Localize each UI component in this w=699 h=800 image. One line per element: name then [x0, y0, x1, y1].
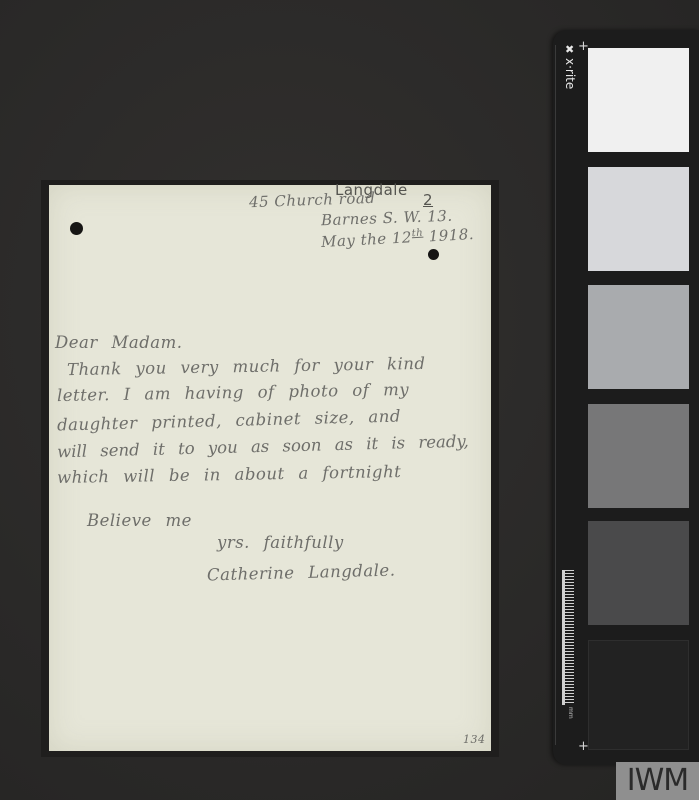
xrite-logo-icon: ✖ [565, 44, 576, 55]
iwm-watermark: IWM [616, 762, 699, 800]
swatch-dark-gray [588, 521, 689, 625]
letter-sheet: Langdale 2 45 Church road Barnes S. W. 1… [49, 185, 491, 751]
salutation: Dear Madam. [55, 333, 183, 352]
date-year: 1918. [428, 225, 474, 245]
letter-date: May the 12th 1918. [321, 225, 475, 251]
swatch-white [588, 48, 689, 152]
address-line-1: 45 Church road [249, 189, 376, 211]
date-ordinal: th [411, 228, 423, 240]
address-line-2: Barnes S. W. 13. [321, 207, 453, 230]
body-line-1: Thank you very much for your kind [67, 354, 426, 379]
valediction: yrs. faithfully [217, 533, 344, 552]
checker-brand: x·rite [563, 58, 577, 89]
measurement-ruler [562, 570, 574, 705]
swatch-mid-gray [588, 404, 689, 508]
page-marker: 2 [423, 191, 433, 209]
body-line-5: which will be in about a fortnight [57, 462, 402, 487]
swatch-light-gray [588, 167, 689, 271]
checker-rail [555, 45, 556, 745]
swatch-mid-light-gray [588, 285, 689, 389]
date-text: May the 12 [321, 228, 413, 251]
signature: Catherine Langdale. [207, 561, 396, 585]
ruler-label: mm [567, 707, 574, 719]
crosshair-bottom-icon: + [578, 740, 589, 753]
body-line-2: letter. I am having of photo of my [57, 380, 409, 405]
punch-hole-left [70, 222, 83, 235]
punch-hole-right [428, 249, 439, 260]
swatch-black [588, 640, 689, 750]
body-line-4: will send it to you as soon as it is rea… [57, 432, 469, 462]
body-line-3: daughter printed, cabinet size, and [57, 407, 401, 435]
closing: Believe me [87, 511, 192, 530]
folio-number: 134 [463, 733, 486, 746]
